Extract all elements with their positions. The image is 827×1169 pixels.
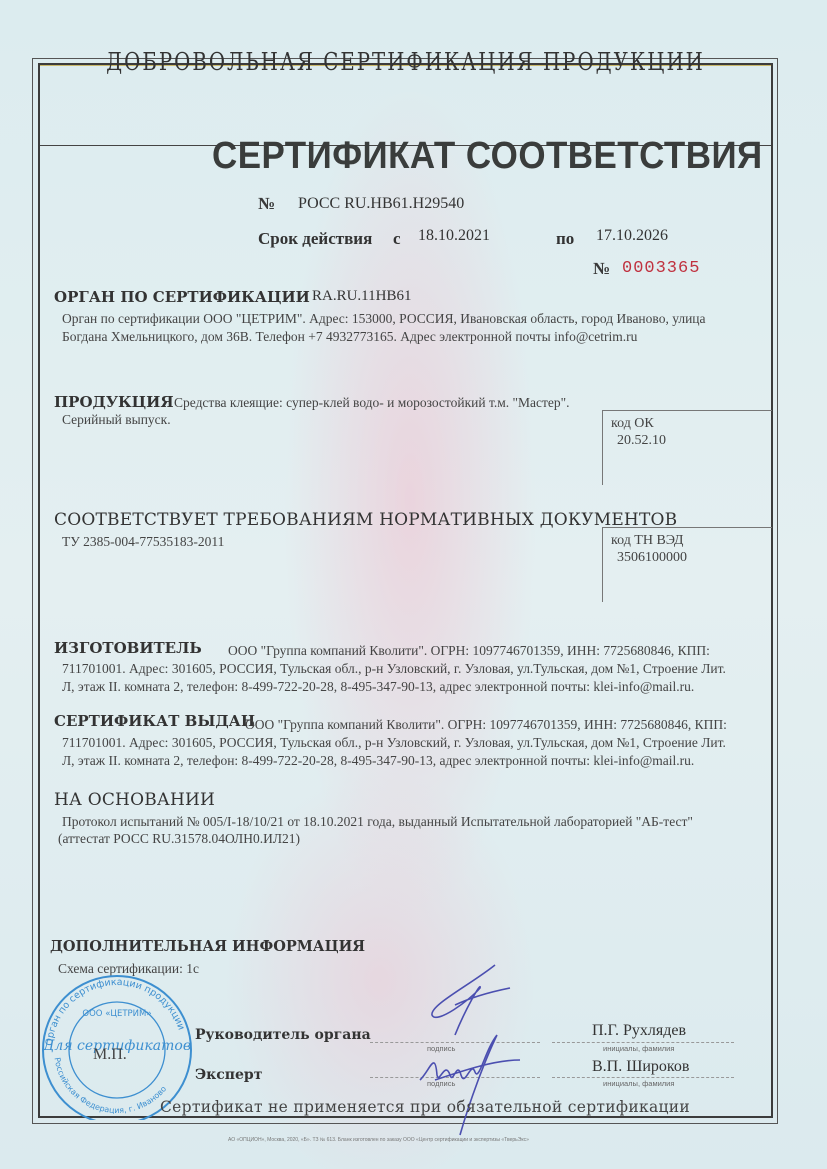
certification-body-line-2: Богдана Хмельницкого, дом 36В. Телефон +… bbox=[62, 328, 637, 345]
basis-line-1: Протокол испытаний № 005/I-18/10/21 от 1… bbox=[62, 813, 693, 830]
page-title: СЕРТИФИКАТ СООТВЕТСТВИЯ bbox=[212, 135, 763, 178]
number-sign: № bbox=[258, 194, 275, 214]
stamp-place-label: М.П. bbox=[93, 1046, 127, 1064]
issued-to-line-2: 711701001. Адрес: 301605, РОССИЯ, Тульск… bbox=[62, 734, 726, 751]
valid-to-date: 17.10.2026 bbox=[596, 227, 668, 245]
voluntary-certification-title: ДОБРОВОЛЬНАЯ СЕРТИФИКАЦИЯ ПРОДУКЦИИ bbox=[106, 48, 705, 76]
certification-body-heading: ОРГАН ПО СЕРТИФИКАЦИИ bbox=[54, 288, 310, 306]
issued-to-line-3: Л, этаж II. комната 2, телефон: 8-499-72… bbox=[62, 752, 694, 769]
manufacturer-line-2: 711701001. Адрес: 301605, РОССИЯ, Тульск… bbox=[62, 660, 726, 677]
head-signature-icon bbox=[410, 960, 520, 1040]
expert-signature-icon bbox=[405, 1030, 535, 1140]
head-role-label: Руководитель органа bbox=[195, 1027, 371, 1043]
printer-imprint: АО «ОПЦИОН», Москва, 2020, «Б». ТЗ № 613… bbox=[228, 1137, 529, 1143]
tnved-code-label: код ТН ВЭД bbox=[611, 532, 772, 549]
certification-body-line-1: Орган по сертификации ООО "ЦЕТРИМ". Адре… bbox=[62, 310, 706, 327]
valid-from-date: 18.10.2021 bbox=[418, 227, 490, 245]
manufacturer-line-3: Л, этаж II. комната 2, телефон: 8-499-72… bbox=[62, 678, 694, 695]
issued-to-heading: СЕРТИФИКАТ ВЫДАН bbox=[54, 712, 255, 730]
manufacturer-heading: ИЗГОТОВИТЕЛЬ bbox=[54, 639, 202, 657]
expert-name-caption: инициалы, фамилия bbox=[603, 1079, 674, 1088]
basis-heading: НА ОСНОВАНИИ bbox=[54, 790, 215, 810]
head-name-line bbox=[552, 1042, 734, 1043]
validity-label: Срок действия bbox=[258, 229, 372, 249]
ok-code-value: 20.52.10 bbox=[611, 432, 772, 449]
product-heading: ПРОДУКЦИЯ bbox=[54, 393, 174, 411]
ok-code-label: код ОК bbox=[611, 415, 772, 432]
from-label: с bbox=[393, 229, 401, 249]
head-name-caption: инициалы, фамилия bbox=[603, 1044, 674, 1053]
expert-role-label: Эксперт bbox=[195, 1067, 262, 1083]
issued-to-line-1: ООО "Группа компаний Кволити". ОГРН: 109… bbox=[245, 716, 727, 733]
basis-line-2: (аттестат РОСС RU.31578.04ОЛН0.ИЛ21) bbox=[58, 830, 300, 847]
footer-note: Сертификат не применяется при обязательн… bbox=[160, 1098, 690, 1116]
ok-code-box: код ОК 20.52.10 bbox=[602, 410, 772, 485]
tnved-code-box: код ТН ВЭД 3506100000 bbox=[602, 527, 772, 602]
expert-name-line bbox=[552, 1077, 734, 1078]
blank-number-sign: № bbox=[593, 259, 610, 279]
blank-number: 0003365 bbox=[622, 259, 700, 278]
product-line-2: Серийный выпуск. bbox=[62, 411, 171, 428]
additional-info-heading: ДОПОЛНИТЕЛЬНАЯ ИНФОРМАЦИЯ bbox=[50, 938, 365, 955]
product-line-1: Средства клеящие: супер-клей водо- и мор… bbox=[174, 394, 570, 411]
head-name: П.Г. Рухлядев bbox=[592, 1022, 686, 1040]
certification-body-code: RA.RU.11НВ61 bbox=[312, 288, 411, 305]
expert-name: В.П. Широков bbox=[592, 1058, 689, 1076]
conformity-heading: СООТВЕТСТВУЕТ ТРЕБОВАНИЯМ НОРМАТИВНЫХ ДО… bbox=[54, 510, 677, 530]
certificate-number: РОСС RU.НВ61.Н29540 bbox=[298, 195, 464, 213]
tnved-code-value: 3506100000 bbox=[611, 549, 772, 566]
svg-text:ООО «ЦЕТРИМ»: ООО «ЦЕТРИМ» bbox=[82, 1009, 151, 1019]
to-label: по bbox=[556, 229, 574, 249]
normative-document: ТУ 2385-004-77535183-2011 bbox=[62, 533, 224, 550]
manufacturer-line-1: ООО "Группа компаний Кволити". ОГРН: 109… bbox=[228, 642, 710, 659]
